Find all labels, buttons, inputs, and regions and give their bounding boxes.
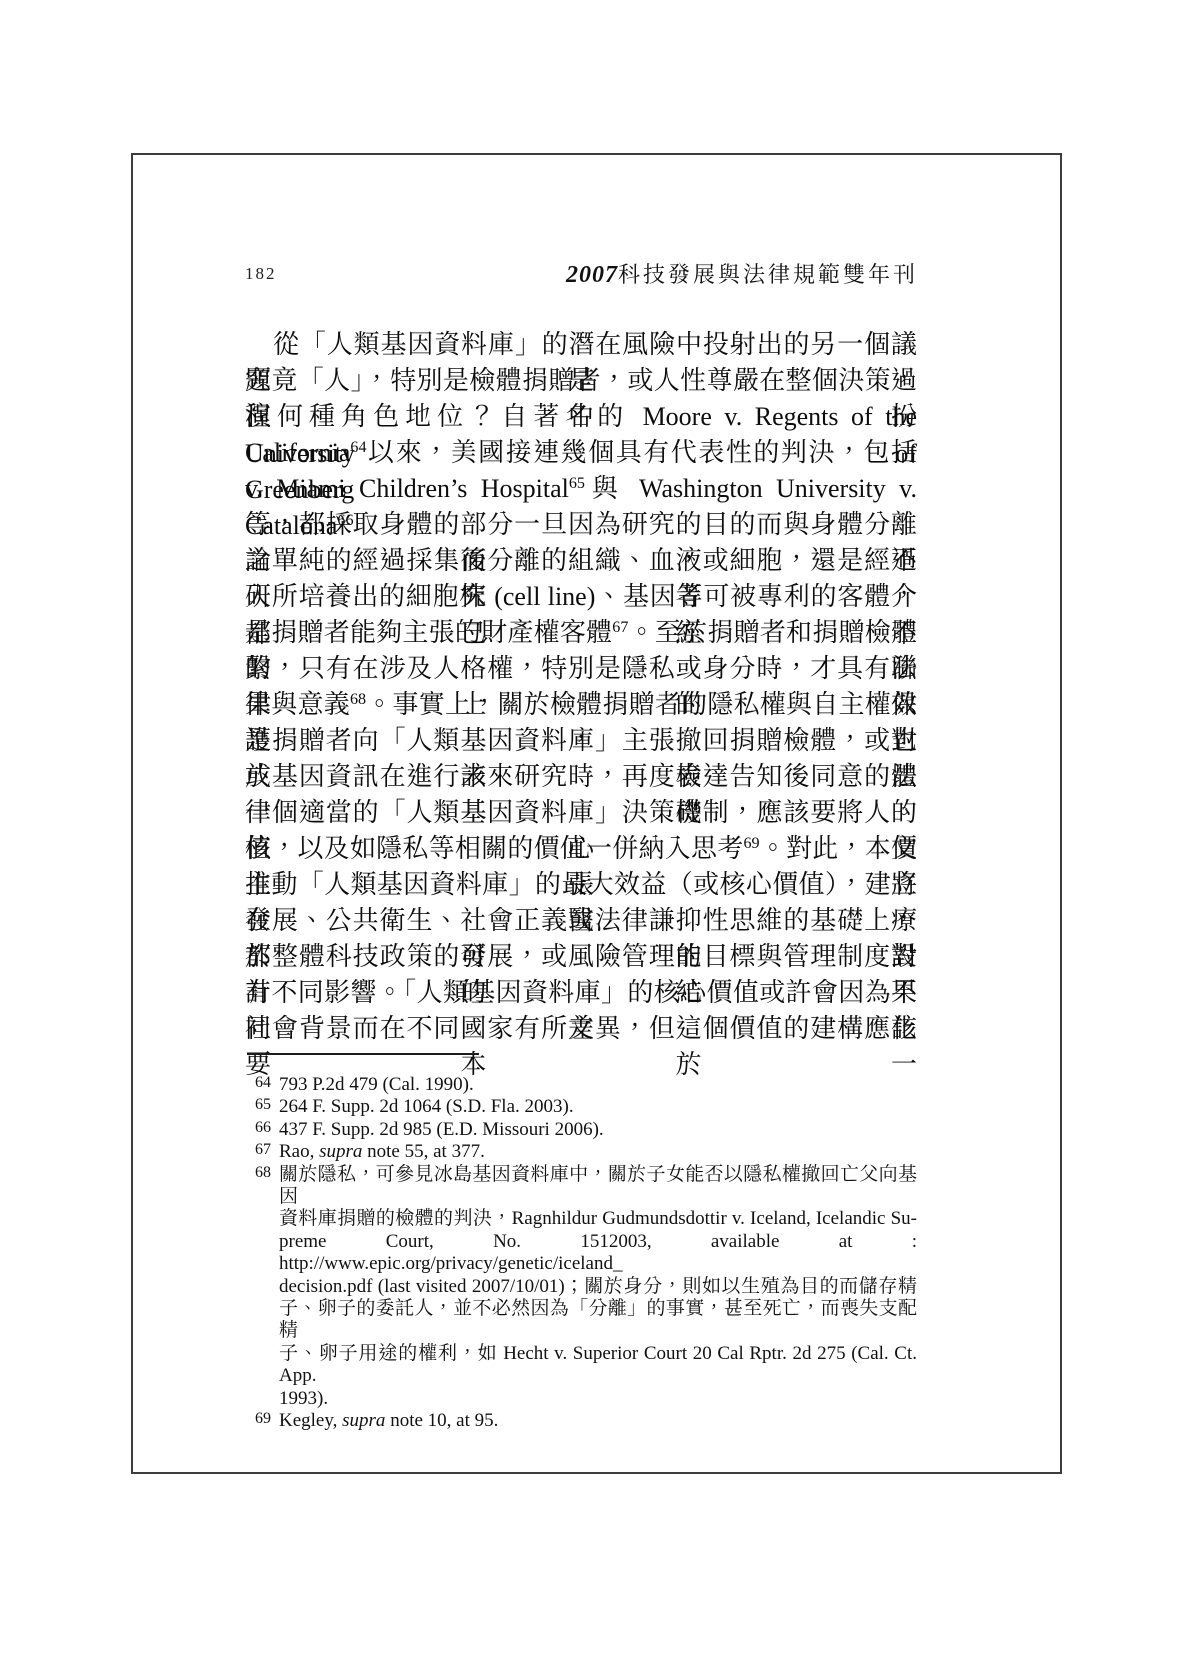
footnote-line: 437 F. Supp. 2d 985 (E.D. Missouri 2006)… <box>279 1119 917 1141</box>
footnote-reference: 64 <box>350 439 366 456</box>
text-segment: 關於隱私，可參見冰島基因資料庫中，關於子女能否以隱私權撤回亡父向基因 <box>279 1164 917 1207</box>
paragraph-line: 是捐贈者能夠主張的財產權客體67。至於捐贈者和捐贈檢體的聯 <box>245 614 917 650</box>
text-segment: California <box>245 438 350 467</box>
paragraph-line: 是捐贈者向「人類基因資料庫」主張撤回捐贈檢體，或對於該檢體 <box>245 722 917 758</box>
footnote-line: 793 P.2d 479 (Cal. 1990). <box>279 1074 917 1096</box>
footnote-number: 68 <box>255 1162 271 1184</box>
text-segment: 值，以及如隱私等相關的價值一併納入思考 <box>245 833 743 863</box>
paragraph-line: 入所培養出的細胞株 (cell line)、基因等可被專利的客體，都已經不 <box>245 578 917 614</box>
footnote-number: 65 <box>255 1094 271 1116</box>
text-segment: 264 F. Supp. 2d 1064 (S.D. Fla. 2003). <box>279 1096 574 1117</box>
footnote-65: 65264 F. Supp. 2d 1064 (S.D. Fla. 2003). <box>255 1096 917 1118</box>
text-segment: supra <box>319 1141 362 1162</box>
footnote-number: 66 <box>255 1117 271 1139</box>
text-segment: Rao, <box>279 1141 319 1162</box>
paragraph-line: 社會背景而在不同國家有所差異，但這個價值的建構應該要本於一 <box>245 1010 917 1046</box>
journal-title-text: 科技發展與法律規範雙年刊 <box>618 262 918 287</box>
text-segment: ；關於身分，則如以生殖為目的而儲存精 <box>565 1276 917 1297</box>
journal-title: 2007科技發展與法律規範雙年刊 <box>566 258 918 289</box>
paragraph-line: 推動「人類基因資料庫」的最大效益（或核心價值），建立在醫療 <box>245 866 917 902</box>
paragraph-line: 從「人類基因資料庫」的潛在風險中投射出的另一個議題是， <box>245 326 917 362</box>
text-segment: 793 P.2d 479 (Cal. 1990). <box>279 1074 474 1095</box>
text-segment: 果與意義 <box>245 689 350 719</box>
paragraph-line: 或基因資訊在進行未來研究時，再度表達告知後同意的法律基礎。 <box>245 758 917 794</box>
text-segment: supra <box>342 1410 385 1431</box>
text-segment: decision.pdf (last visited 2007/10/01) <box>279 1276 565 1297</box>
footnote-line: 子、卵子的委託人，並不必然因為「分離」的事實，甚至死亡，而喪失支配精 <box>279 1298 917 1343</box>
paragraph-line: 於整體科技政策的發展，或風險管理的目標與管理制度設計的結果 <box>245 938 917 974</box>
text-segment: note 55, at 377. <box>362 1141 484 1162</box>
footnote-69: 69Kegley, supra note 10, at 95. <box>255 1410 917 1432</box>
text-segment: Ragnhildur Gudmundsdottir v. Iceland, Ic… <box>512 1208 917 1229</box>
page-number: 182 <box>245 264 277 284</box>
body-paragraph: 從「人類基因資料庫」的潛在風險中投射出的另一個議題是，究竟「人」，特別是檢體捐贈… <box>245 326 917 1046</box>
paragraph-line: 有不同影響。「人類基因資料庫」的核心價值或許會因為不同文化 <box>245 974 917 1010</box>
text-segment: 子、卵子用途的權利，如 <box>279 1343 503 1364</box>
footnote-64: 64793 P.2d 479 (Cal. 1990). <box>255 1074 917 1096</box>
footnote-reference: 65 <box>569 475 585 492</box>
text-segment: 入所培養出的細胞株 <box>245 581 494 611</box>
text-segment: 演何種角色地位？自著名的 <box>245 401 643 431</box>
text-segment: 是捐贈者能夠主張的財產權客體 <box>245 617 612 647</box>
footnote-line: decision.pdf (last visited 2007/10/01)；關… <box>279 1276 917 1298</box>
footnote-separator <box>247 1053 479 1055</box>
footnote-67: 67Rao, supra note 55, at 377. <box>255 1141 917 1163</box>
paragraph-line: California64以來，美國接連幾個具有代表性的判決，包括 Greenbe… <box>245 434 917 470</box>
text-segment: preme Court, No. 1512003, available at :… <box>279 1231 917 1274</box>
footnote-number: 69 <box>255 1408 271 1430</box>
footnote-reference: 69 <box>743 835 759 852</box>
paragraph-line: 論單純的經過採集而分離的組織、血液或細胞，還是經過研究者介 <box>245 542 917 578</box>
footnote-reference: 68 <box>350 691 366 708</box>
paragraph-line: 等，都採取身體的部分一旦因為研究的目的而與身體分離之後，不 <box>245 506 917 542</box>
footnote-68: 68關於隱私，可參見冰島基因資料庫中，關於子女能否以隱私權撤回亡父向基因資料庫捐… <box>255 1164 917 1410</box>
text-segment: 437 F. Supp. 2d 985 (E.D. Missouri 2006)… <box>279 1119 604 1140</box>
paragraph-line: 發展、公共衛生、社會正義或法律謙抑性思維的基礎上，都可能對 <box>245 902 917 938</box>
paragraph-line: 一個適當的「人類基因資料庫」決策機制，應該要將人的核心價 <box>245 794 917 830</box>
footnote-line: 資料庫捐贈的檢體的判決，Ragnhildur Gudmundsdottir v.… <box>279 1208 917 1230</box>
text-segment: (cell line) <box>494 582 595 611</box>
paragraph-line: 究竟「人」，特別是檢體捐贈者，或人性尊嚴在整個決策過程中扮 <box>245 362 917 398</box>
text-segment: note 10, at 95. <box>385 1410 498 1431</box>
paragraph-line: v. Miami Children’s Hospital65與 Washingt… <box>245 470 917 506</box>
document-page: 182 2007科技發展與法律規範雙年刊 從「人類基因資料庫」的潛在風險中投射出… <box>131 153 1062 1474</box>
text-segment: v. Miami Children’s Hospital <box>245 474 569 503</box>
running-header: 182 2007科技發展與法律規範雙年刊 <box>245 258 918 290</box>
text-segment: 資料庫捐贈的檢體的判決， <box>279 1208 512 1229</box>
footnote-66: 66437 F. Supp. 2d 985 (E.D. Missouri 200… <box>255 1119 917 1141</box>
paragraph-line: 值，以及如隱私等相關的價值一併納入思考69。對此，本文主張將 <box>245 830 917 866</box>
paragraph-line: 果與意義68。事實上，關於檢體捐贈者的隱私權與自主權保護，也 <box>245 686 917 722</box>
footnotes: 64793 P.2d 479 (Cal. 1990).65264 F. Supp… <box>255 1074 917 1433</box>
text-segment: 以來，美國接連幾個具有代表性的判決，包括 <box>367 437 917 467</box>
footnote-line: 子、卵子用途的權利，如 Hecht v. Superior Court 20 C… <box>279 1343 917 1388</box>
paragraph-line: 繫，只有在涉及人格權，特別是隱私或身分時，才具有法律上的效 <box>245 650 917 686</box>
footnote-number: 64 <box>255 1072 271 1094</box>
text-segment: 與 <box>585 473 639 503</box>
footnote-number: 67 <box>255 1139 271 1161</box>
text-segment: Kegley, <box>279 1410 342 1431</box>
footnote-reference: 67 <box>612 619 628 636</box>
text-segment: 子、卵子的委託人，並不必然因為「分離」的事實，甚至死亡，而喪失支配精 <box>279 1298 917 1341</box>
text-segment: 1993). <box>279 1388 328 1409</box>
footnote-line: preme Court, No. 1512003, available at :… <box>279 1231 917 1276</box>
paragraph-line: 演何種角色地位？自著名的 Moore v. Regents of the Uni… <box>245 398 917 434</box>
scanned-document-canvas: { "colors": { "paper": "#ffffff", "ink":… <box>0 0 1177 1664</box>
footnote-line: Rao, supra note 55, at 377. <box>279 1141 917 1163</box>
footnote-line: 264 F. Supp. 2d 1064 (S.D. Fla. 2003). <box>279 1096 917 1118</box>
text-segment: 社會背景而在不同國家有所差異，但這個價值的建構應該要本於一 <box>245 1013 917 1079</box>
footnote-line: Kegley, supra note 10, at 95. <box>279 1410 917 1432</box>
footnote-line: 關於隱私，可參見冰島基因資料庫中，關於子女能否以隱私權撤回亡父向基因 <box>279 1164 917 1209</box>
footnote-line: 1993). <box>279 1388 917 1410</box>
journal-year: 2007 <box>566 262 618 288</box>
